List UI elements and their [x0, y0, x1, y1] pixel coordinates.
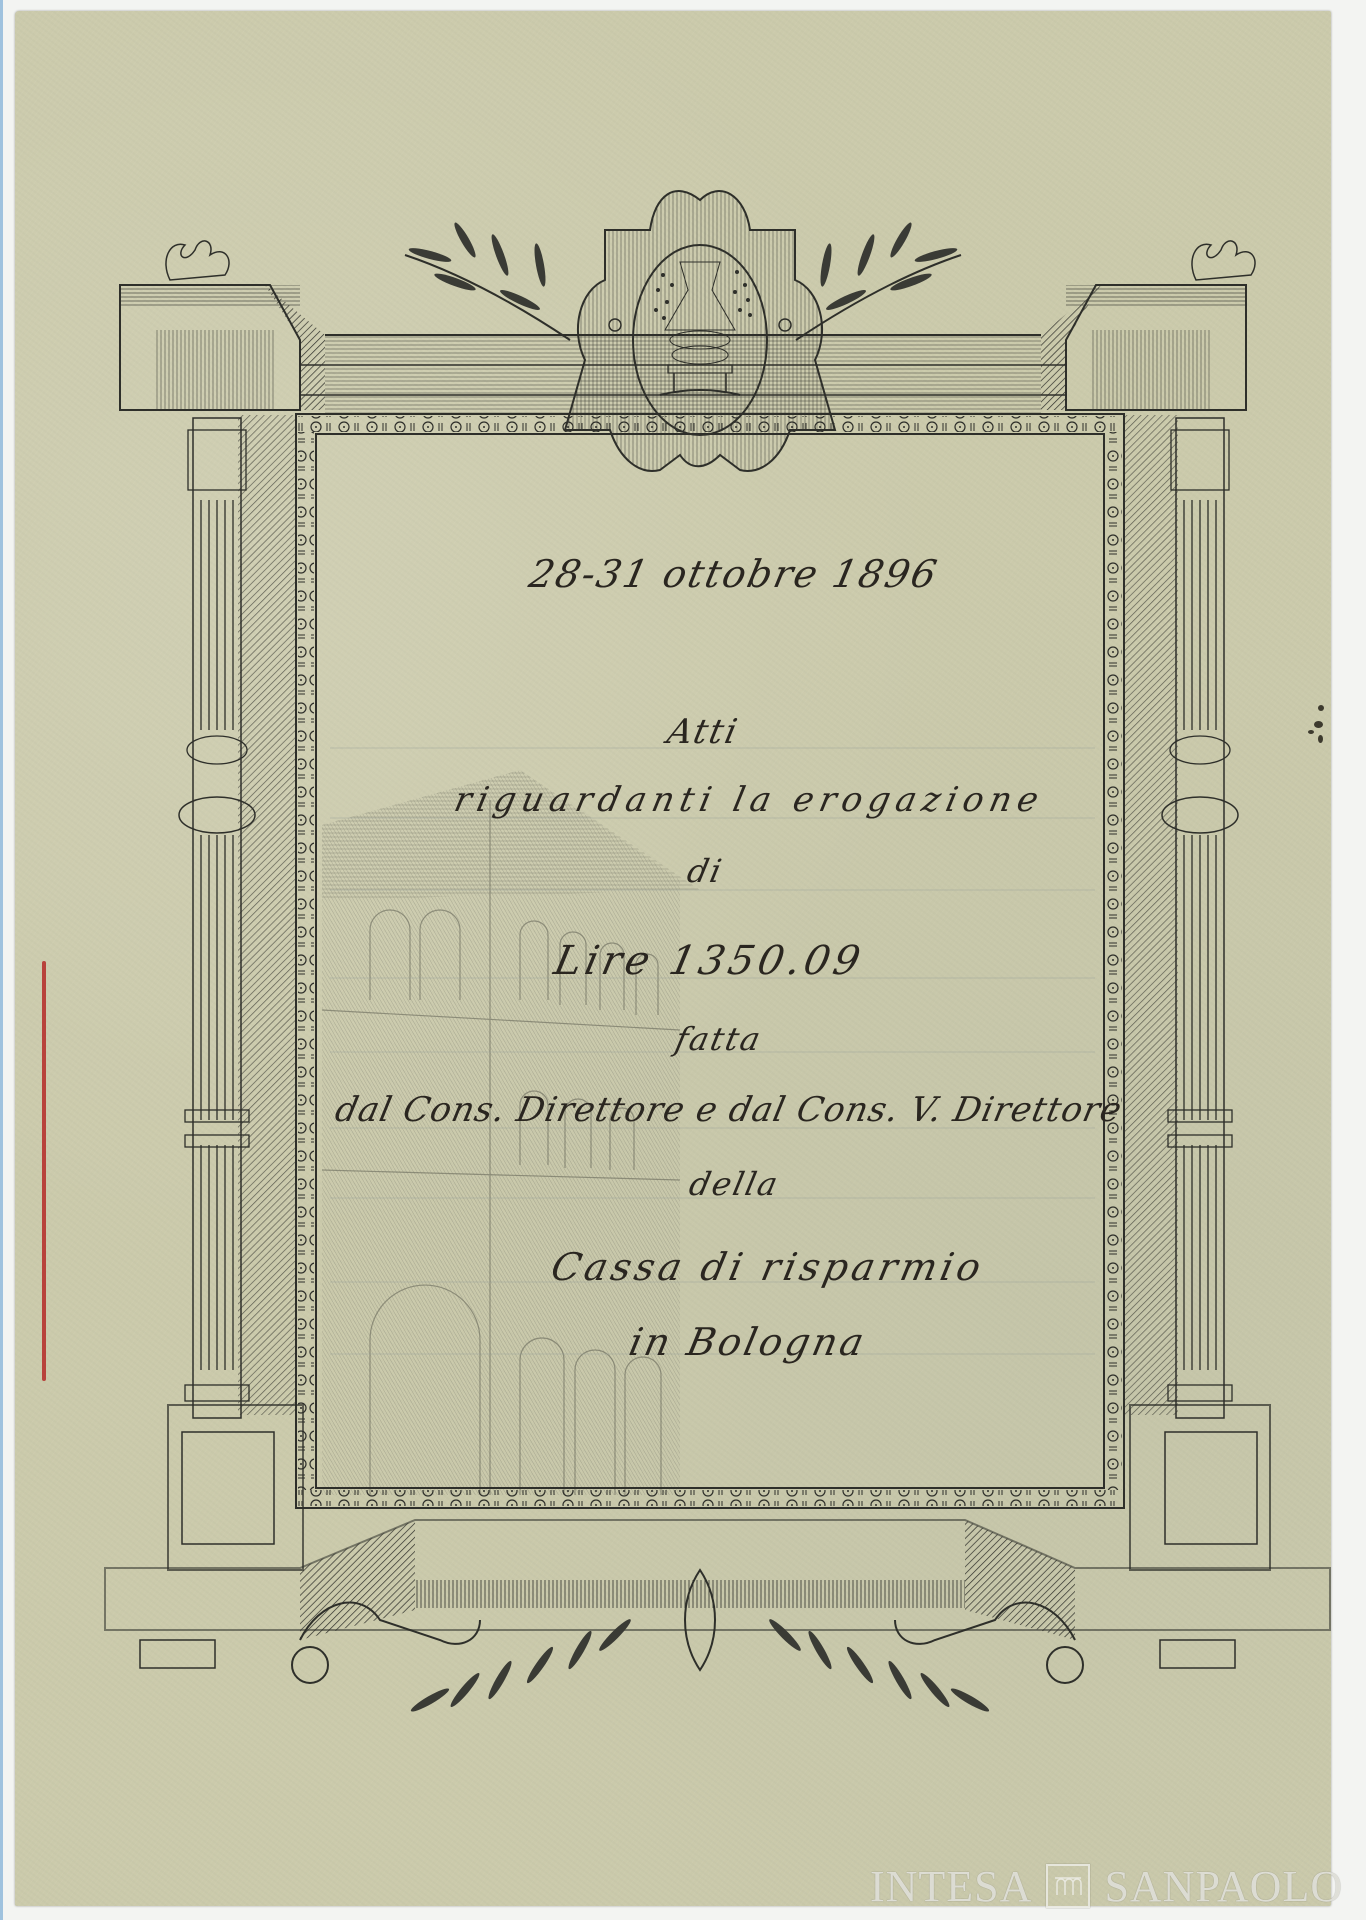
handwritten-title: Atti — [664, 712, 743, 752]
handwritten-line-della: della — [686, 1165, 783, 1203]
handwritten-institution: Cassa di risparmio — [547, 1245, 988, 1289]
handwritten-line-directors: dal Cons. Direttore e dal Cons. V. Diret… — [332, 1090, 1126, 1130]
building-illustration — [322, 770, 700, 1495]
bank-logo-icon — [1046, 1864, 1090, 1908]
intesa-sanpaolo-watermark: INTESA SANPAOLO — [870, 1862, 1343, 1910]
watermark-text-right: SANPAOLO — [1104, 1861, 1343, 1912]
bottom-base — [105, 1520, 1330, 1683]
handwritten-line-fatta: fatta — [672, 1020, 766, 1058]
laurel-branches-bottom — [409, 1617, 991, 1715]
handwritten-city: in Bologna — [625, 1320, 870, 1364]
handwritten-amount: Lire 1350.09 — [550, 938, 868, 984]
handwritten-line-riguardanti: riguardanti la erogazione — [451, 780, 1048, 820]
watermark-text-left: INTESA — [870, 1861, 1032, 1912]
beehive-emblem — [565, 191, 835, 471]
handwritten-date: 28-31 ottobre 1896 — [525, 552, 942, 596]
